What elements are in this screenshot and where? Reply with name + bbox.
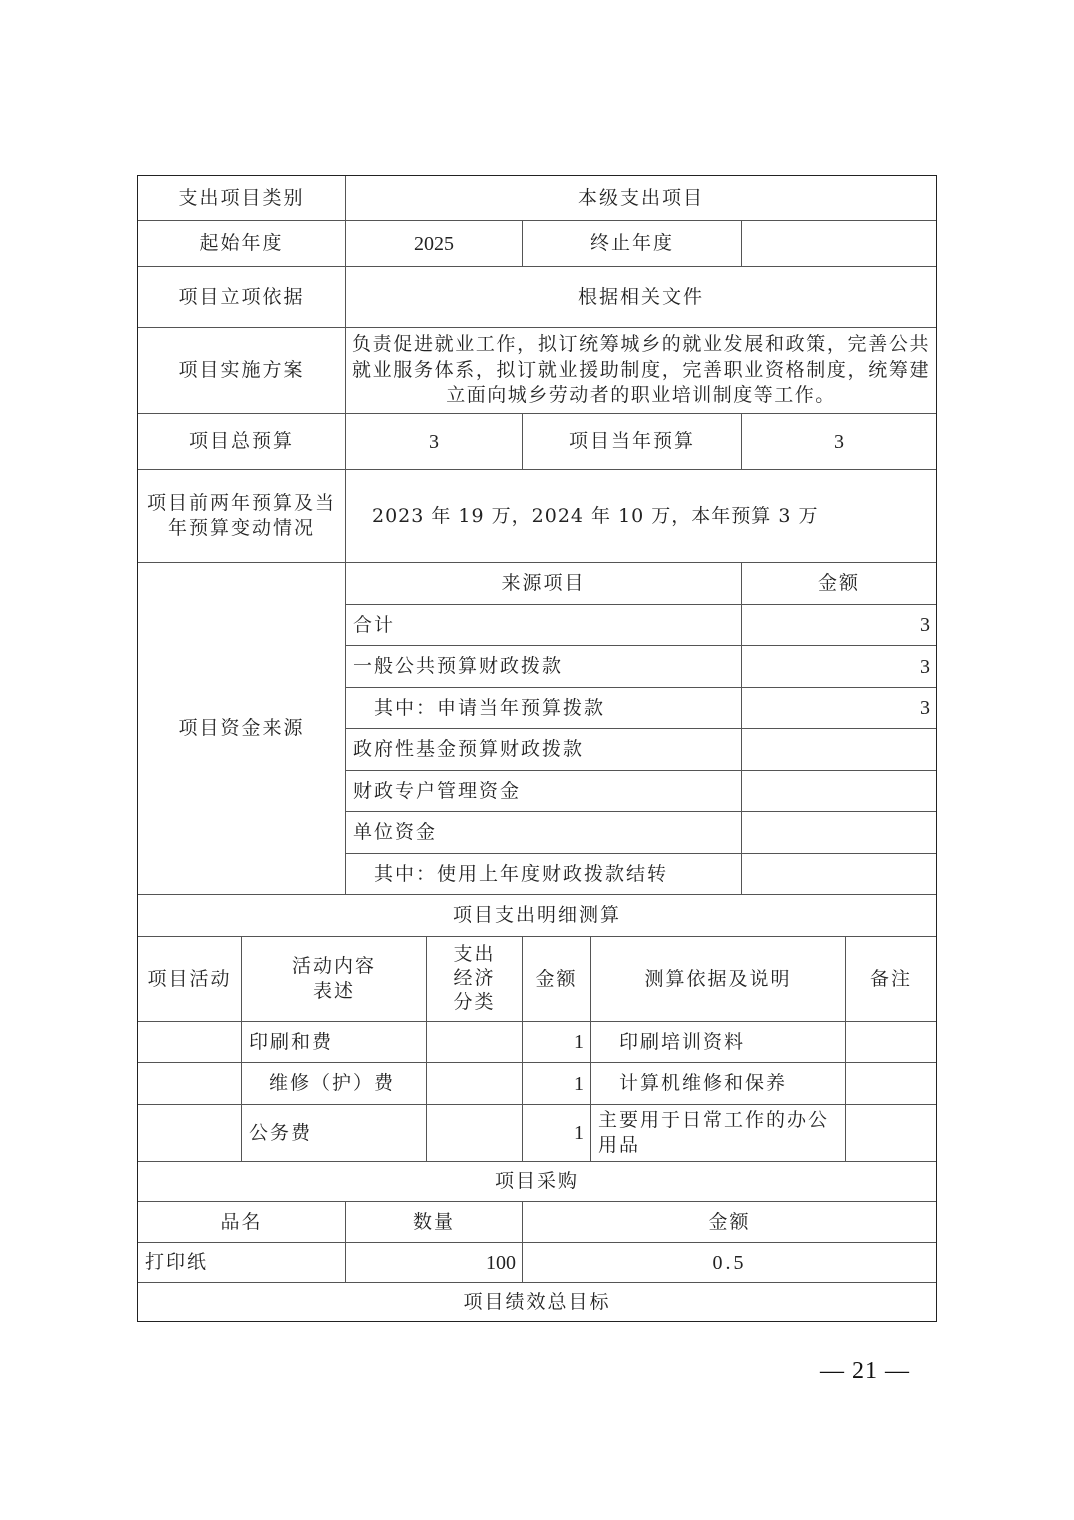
plan-label: 项目实施方案 bbox=[137, 327, 346, 414]
detail-row-activity bbox=[137, 1021, 242, 1063]
detail-header-econ: 支出经济分类 bbox=[426, 936, 523, 1022]
detail-row-basis: 印刷培训资料 bbox=[590, 1021, 846, 1063]
funding-row-source: 一般公共预算财政拨款 bbox=[345, 645, 742, 688]
detail-row-content: 维修（护）费 bbox=[241, 1062, 427, 1105]
detail-row-remark bbox=[845, 1021, 937, 1063]
start-year-value: 2025 bbox=[345, 220, 523, 267]
detail-header-remark: 备注 bbox=[845, 936, 937, 1022]
funding-row-amount: 3 bbox=[741, 687, 937, 729]
detail-header-amount: 金额 bbox=[522, 936, 591, 1022]
end-year-value bbox=[741, 220, 937, 267]
basis-label: 项目立项依据 bbox=[137, 266, 346, 328]
funding-row-amount bbox=[741, 770, 937, 812]
detail-row-activity bbox=[137, 1104, 242, 1162]
change-value: 2023 年 19 万，2024 年 10 万，本年预算 3 万 bbox=[345, 469, 937, 563]
procurement-header-name: 品名 bbox=[137, 1201, 346, 1243]
category-label: 支出项目类别 bbox=[137, 175, 346, 221]
funding-row-amount bbox=[741, 728, 937, 771]
plan-value: 负责促进就业工作，拟订统筹城乡的就业发展和政策，完善公共就业服务体系，拟订就业援… bbox=[345, 327, 937, 414]
change-label: 项目前两年预算及当年预算变动情况 bbox=[137, 469, 346, 563]
detail-header-basis: 测算依据及说明 bbox=[590, 936, 846, 1022]
funding-row-source: 单位资金 bbox=[345, 811, 742, 854]
current-budget-label: 项目当年预算 bbox=[522, 413, 742, 470]
detail-row-basis: 主要用于日常工作的办公用品 bbox=[590, 1104, 846, 1162]
funding-row-amount bbox=[741, 853, 937, 895]
detail-row-amount: 1 bbox=[522, 1062, 591, 1105]
detail-row-activity bbox=[137, 1062, 242, 1105]
performance-title: 项目绩效总目标 bbox=[137, 1282, 937, 1322]
detail-row-econ bbox=[426, 1062, 523, 1105]
detail-row-remark bbox=[845, 1104, 937, 1162]
current-budget-value: 3 bbox=[741, 413, 937, 470]
procurement-row-name: 打印纸 bbox=[137, 1242, 346, 1283]
detail-title: 项目支出明细测算 bbox=[137, 894, 937, 937]
detail-row-basis: 计算机维修和保养 bbox=[590, 1062, 846, 1105]
detail-row-econ bbox=[426, 1104, 523, 1162]
end-year-label: 终止年度 bbox=[522, 220, 742, 267]
procurement-row-amount: 0.5 bbox=[522, 1242, 937, 1283]
procurement-header-amount: 金额 bbox=[522, 1201, 937, 1243]
total-budget-value: 3 bbox=[345, 413, 523, 470]
start-year-label: 起始年度 bbox=[137, 220, 346, 267]
detail-row-content: 印刷和费 bbox=[241, 1021, 427, 1063]
procurement-header-quantity: 数量 bbox=[345, 1201, 523, 1243]
detail-header-content: 活动内容表述 bbox=[241, 936, 427, 1022]
page-number: — 21 — bbox=[820, 1358, 910, 1385]
detail-row-remark bbox=[845, 1062, 937, 1105]
funding-header-amount: 金额 bbox=[741, 562, 937, 605]
funding-header-source: 来源项目 bbox=[345, 562, 742, 605]
funding-row-source: 政府性基金预算财政拨款 bbox=[345, 728, 742, 771]
procurement-title: 项目采购 bbox=[137, 1161, 937, 1202]
funding-row-source: 其中：申请当年预算拨款 bbox=[345, 687, 742, 729]
funding-row-source: 财政专户管理资金 bbox=[345, 770, 742, 812]
detail-row-econ bbox=[426, 1021, 523, 1063]
funding-row-amount bbox=[741, 811, 937, 854]
funding-row-amount: 3 bbox=[741, 645, 937, 688]
detail-row-amount: 1 bbox=[522, 1021, 591, 1063]
total-budget-label: 项目总预算 bbox=[137, 413, 346, 470]
funding-row-amount: 3 bbox=[741, 604, 937, 646]
basis-value: 根据相关文件 bbox=[345, 266, 937, 328]
detail-header-activity: 项目活动 bbox=[137, 936, 242, 1022]
funding-row-source: 其中：使用上年度财政拨款结转 bbox=[345, 853, 742, 895]
detail-row-amount: 1 bbox=[522, 1104, 591, 1162]
detail-row-content: 公务费 bbox=[241, 1104, 427, 1162]
category-value: 本级支出项目 bbox=[345, 175, 937, 221]
procurement-row-quantity: 100 bbox=[345, 1242, 523, 1283]
funding-row-source: 合计 bbox=[345, 604, 742, 646]
funding-label: 项目资金来源 bbox=[137, 562, 346, 895]
